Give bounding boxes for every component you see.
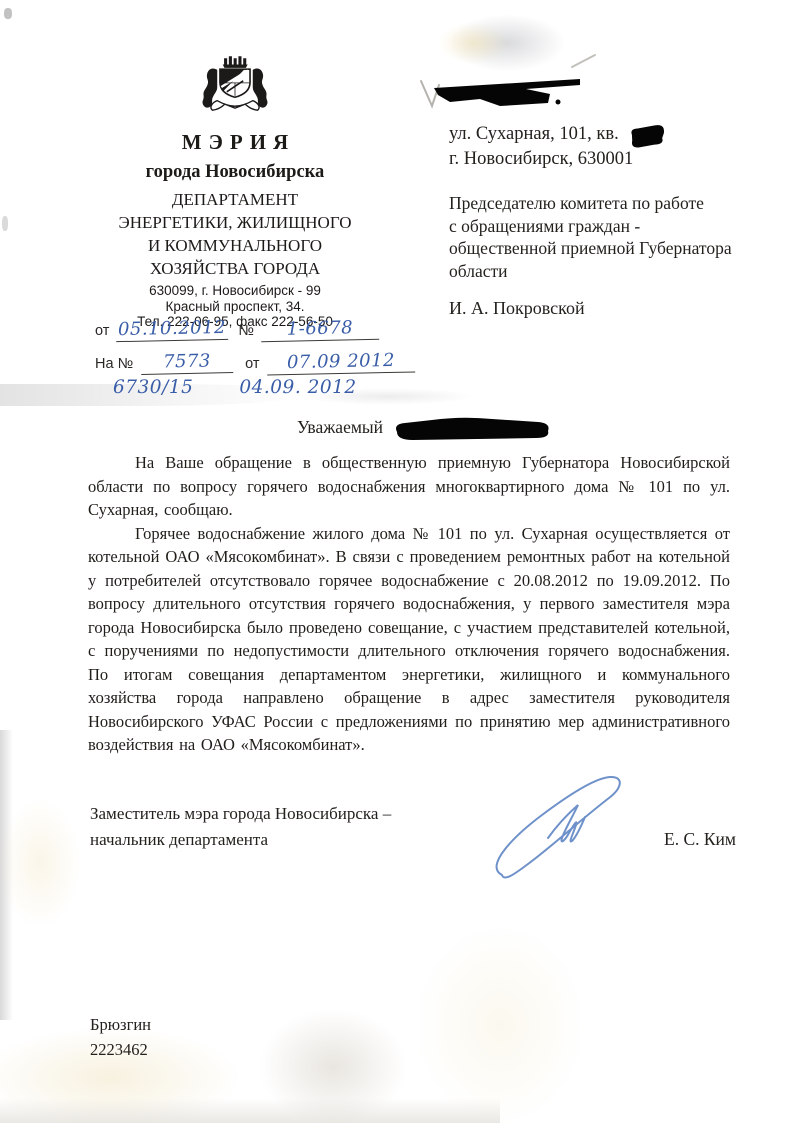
salutation-word: Уважаемый (297, 417, 383, 438)
executor-block: Брюзгин 2223462 (90, 1012, 151, 1062)
signer-position: Заместитель мэра города Новосибирска – н… (90, 801, 391, 853)
recipient-position-line: общественной приемной Губернатора (449, 237, 732, 260)
org-address-line: Красный проспект, 34. (60, 299, 410, 315)
redaction-apartment-number (626, 123, 667, 149)
scan-artifact-smudge (448, 14, 566, 72)
redaction-salutation-name (392, 415, 552, 441)
redaction-addressee-name (428, 66, 596, 114)
scan-artifact-edge (0, 730, 13, 1020)
letter-body: На Ваше обращение в общественную приемну… (88, 451, 730, 757)
incoming-ref-row: На № 7573 от 07.09 2012 (95, 351, 415, 374)
recipient-city-line: г. Новосибирск, 630001 (449, 148, 633, 170)
from-label: от (95, 323, 109, 341)
extra-ref-row: 6730/15 04.09. 2012 (113, 377, 357, 398)
outgoing-number-handwritten: 1-6678 (261, 317, 379, 342)
novosibirsk-coat-of-arms-icon (194, 52, 276, 122)
org-title: МЭРИЯ (60, 130, 410, 155)
number-label: № (238, 323, 254, 341)
from-label: от (245, 356, 259, 374)
signer-position-line: начальник департамента (90, 827, 391, 853)
extra-date-handwritten: 04.09. 2012 (239, 377, 356, 398)
recipient-street: ул. Сухарная, 101, кв. (449, 123, 619, 145)
scan-artifact-smudge (438, 22, 508, 64)
executor-phone: 2223462 (90, 1037, 151, 1062)
executor-name: Брюзгин (90, 1012, 151, 1037)
outgoing-date-handwritten: 05.10.2012 (116, 317, 228, 342)
recipient-city: г. Новосибирск, 630001 (449, 148, 633, 170)
salutation-line: Уважаемый (297, 414, 552, 440)
scanned-letter-page: МЭРИЯ города Новосибирска ДЕПАРТАМЕНТ ЭН… (0, 0, 800, 1123)
department-line: ДЕПАРТАМЕНТ (60, 188, 410, 211)
org-address-line: 630099, г. Новосибирск - 99 (60, 283, 410, 299)
recipient-position-line: с обращениями граждан - (449, 215, 732, 238)
extra-number-handwritten: 6730/15 (113, 377, 193, 398)
letterhead: МЭРИЯ города Новосибирска ДЕПАРТАМЕНТ ЭН… (60, 52, 410, 330)
body-paragraph: Горячее водоснабжение жилого дома № 101 … (88, 522, 730, 757)
signer-name: Е. С. Ким (664, 829, 736, 850)
department-line: ХОЗЯЙСТВА ГОРОДА (60, 257, 410, 280)
recipient-position: Председателю комитета по работе с обраще… (449, 192, 732, 282)
recipient-position-line: области (449, 260, 732, 283)
scan-artifact-stain (258, 1008, 408, 1123)
department-line: ЭНЕРГЕТИКИ, ЖИЛИЩНОГО (60, 211, 410, 234)
recipient-address-line: ул. Сухарная, 101, кв. (449, 122, 667, 146)
department-line: И КОММУНАЛЬНОГО (60, 234, 410, 257)
handwritten-signature-icon (490, 772, 630, 887)
reply-to-label: На № (95, 356, 133, 374)
scan-artifact-speck (2, 216, 8, 231)
recipient-name: И. А. Покровской (449, 298, 585, 319)
scan-artifact-speck (4, 8, 12, 19)
scan-artifact-stain (415, 925, 585, 1123)
recipient-position-line: Председателю комитета по работе (449, 192, 732, 215)
body-paragraph: На Ваше обращение в общественную приемну… (88, 451, 730, 522)
scan-artifact-stain (0, 798, 80, 928)
incoming-date-handwritten: 07.09 2012 (266, 349, 414, 375)
department-name: ДЕПАРТАМЕНТ ЭНЕРГЕТИКИ, ЖИЛИЩНОГО И КОММ… (60, 188, 410, 280)
outgoing-ref-row: от 05.10.2012 № 1-6678 (95, 318, 379, 341)
signer-position-line: Заместитель мэра города Новосибирска – (90, 801, 391, 827)
scan-artifact-edge (0, 1098, 500, 1123)
org-subtitle: города Новосибирска (60, 162, 410, 183)
incoming-number-handwritten: 7573 (141, 350, 233, 375)
